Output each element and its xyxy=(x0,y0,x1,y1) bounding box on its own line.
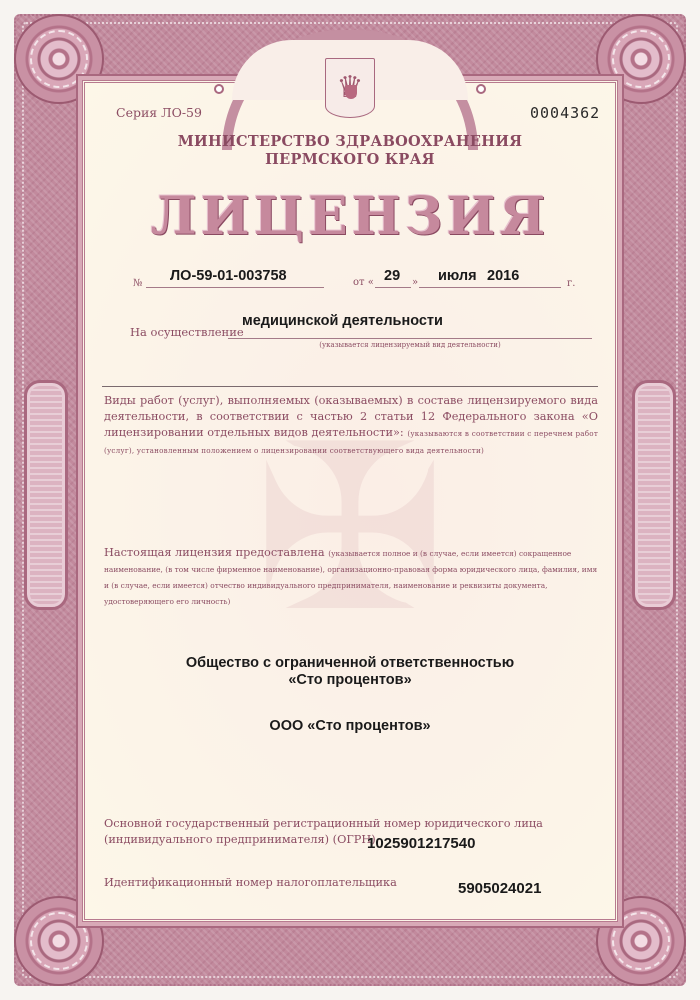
org-full-line-1: Общество с ограниченной ответственностью xyxy=(150,655,550,672)
coat-of-arms-icon: ♛ xyxy=(325,58,375,118)
granted-text: Настоящая лицензия предоставлена xyxy=(104,546,325,559)
date-quote-close: » xyxy=(412,277,418,288)
ogrn-value: 1025901217540 xyxy=(367,835,475,852)
shield-icon xyxy=(345,85,357,99)
number-label: № xyxy=(133,278,142,289)
date-year: 2016 xyxy=(487,268,519,284)
date-suffix: г. xyxy=(567,278,575,289)
inn-value: 5905024021 xyxy=(458,880,541,897)
activity-underline xyxy=(228,338,592,339)
works-section: Виды работ (услуг), выполняемых (оказыва… xyxy=(104,393,598,459)
license-number: ЛО-59-01-003758 xyxy=(170,268,287,284)
issuer-line-2: ПЕРМСКОГО КРАЯ xyxy=(150,151,550,169)
issuer-line-1: МИНИСТЕРСТВО ЗДРАВООХРАНЕНИЯ xyxy=(150,133,550,151)
activity-hint: (указывается лицензируемый вид деятельно… xyxy=(228,341,592,349)
arch-dot-icon xyxy=(476,84,486,94)
issuer-name: МИНИСТЕРСТВО ЗДРАВООХРАНЕНИЯ ПЕРМСКОГО К… xyxy=(150,133,550,169)
org-full-line-2: «Сто процентов» xyxy=(150,672,550,689)
serial-number: 0004362 xyxy=(530,104,600,122)
day-underline xyxy=(375,287,411,288)
section-divider xyxy=(102,386,598,387)
right-side-panel xyxy=(632,380,676,610)
organization-short-name: ООО «Сто процентов» xyxy=(150,718,550,734)
date-day: 29 xyxy=(384,268,400,284)
license-sheet: ✠ ♛ Серия ЛО-59 0004362 МИНИСТЕРСТВО ЗДР… xyxy=(0,0,700,1000)
date-month: июля xyxy=(438,268,477,284)
series-label: Серия ЛО-59 xyxy=(116,105,202,120)
number-underline xyxy=(146,287,324,288)
organization-full-name: Общество с ограниченной ответственностью… xyxy=(150,655,550,689)
arch-dot-icon xyxy=(214,84,224,94)
granted-section: Настоящая лицензия предоставлена (указыв… xyxy=(104,545,598,609)
activity-value: медицинской деятельности xyxy=(242,313,443,329)
inn-label: Идентификационный номер налогоплательщик… xyxy=(104,876,397,889)
ogrn-label: Основной государственный регистрационный… xyxy=(104,816,598,848)
activity-label: На осуществление xyxy=(130,325,244,339)
left-side-panel xyxy=(24,380,68,610)
date-prefix: от « xyxy=(353,277,374,288)
document-title: ЛИЦЕНЗИЯ xyxy=(150,186,550,247)
date-underline xyxy=(419,287,561,288)
